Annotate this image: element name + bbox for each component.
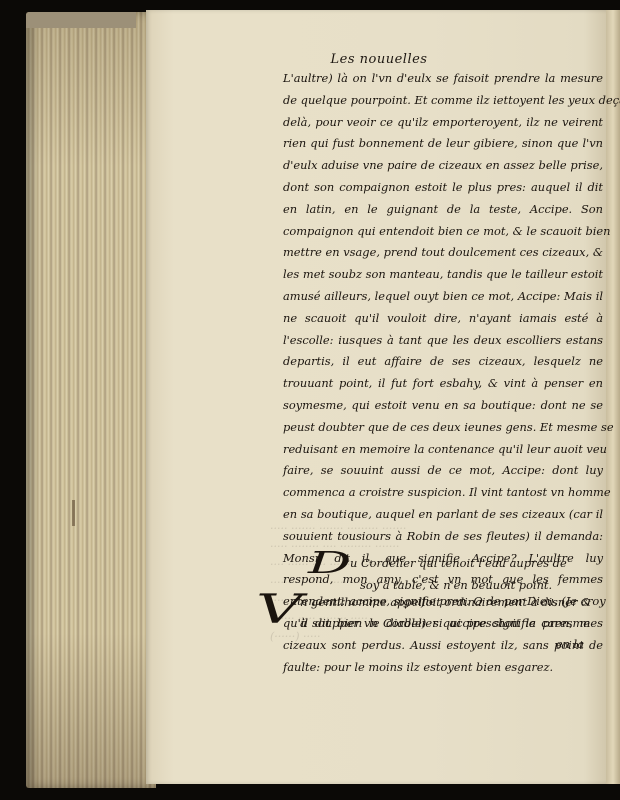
text-line: L'aultre) là on l'vn d'eulx se faisoit p… <box>283 68 603 90</box>
text-line: ne scauoit qu'il vouloit dire, n'ayant i… <box>283 308 603 330</box>
text-line: peust doubter que de ces deux ieunes gen… <box>283 417 603 439</box>
book-cover-edge <box>26 12 136 28</box>
decorated-initial-v: V <box>256 590 302 630</box>
chapter-heading: u Cordelier qui tenoit l'eau aupres de s… <box>290 552 600 596</box>
text-line: souuient tousiours à Robin de ses fleute… <box>283 526 603 548</box>
text-line: en sa boutique, auquel en parlant de ses… <box>283 504 603 526</box>
text-line: n gentilhomme appelloit ordinairement à … <box>300 592 590 613</box>
text-line: à soupper vn Cordelier qui preschoit la … <box>300 613 590 634</box>
text-line: en latin, en le guignant de la teste, Ac… <box>283 199 603 221</box>
text-line: l'escolle: iusques à tant que les deux e… <box>283 330 603 352</box>
text-line: departis, il eut affaire de ses cizeaux,… <box>283 351 603 373</box>
next-paragraph: n gentilhomme appelloit ordinairement à … <box>300 592 590 655</box>
fore-edge-page-stack <box>26 12 156 788</box>
text-line: commenca a croistre suspicion. Il vint t… <box>283 482 603 504</box>
text-line: delà, pour veoir ce qu'ilz emporteroyent… <box>283 112 603 134</box>
text-line: dont son compaignon estoit le plus pres:… <box>283 177 603 199</box>
text-line: soymesme, qui estoit venu en sa boutique… <box>283 395 603 417</box>
chapter-heading-line-1: u Cordelier qui tenoit l'eau aupres de <box>290 552 600 574</box>
text-line: rien qui fust bonnement de leur gibiere,… <box>283 133 603 155</box>
book-photo: ····· ······· ······· ········· ······· … <box>0 0 620 800</box>
text-line: d'eulx aduise vne paire de cizeaux en as… <box>283 155 603 177</box>
text-line: mettre en vsage, prend tout doulcement c… <box>283 242 603 264</box>
catchword: en la <box>300 634 590 655</box>
running-header: Les nouuelles <box>146 52 612 67</box>
text-line: amusé ailleurs, lequel ouyt bien ce mot,… <box>283 286 603 308</box>
text-line: trouuant point, il fut fort esbahy, & vi… <box>283 373 603 395</box>
text-line: reduisant en memoire la contenance qu'il… <box>283 439 603 461</box>
text-line: de quelque pourpoint. Et comme ilz ietto… <box>283 90 603 112</box>
text-line: faulte: pour le moins ilz estoyent bien … <box>283 657 603 679</box>
text-line: faire, se souuint aussi de ce mot, Accip… <box>283 460 603 482</box>
text-line: les met soubz son manteau, tandis que le… <box>283 264 603 286</box>
page-stain <box>72 500 75 526</box>
page-gutter-edge <box>606 10 620 784</box>
text-line: compaignon qui entendoit bien ce mot, & … <box>283 221 603 243</box>
